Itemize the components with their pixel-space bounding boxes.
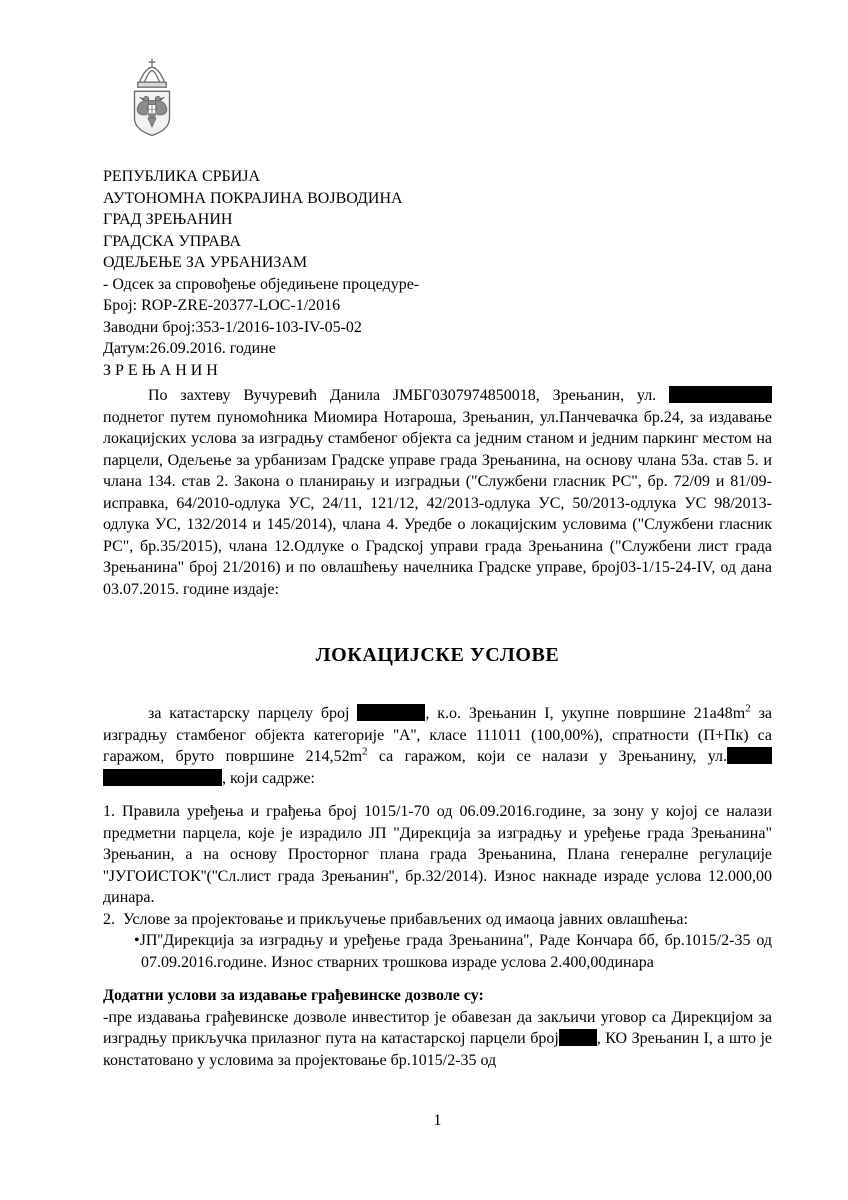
document-title: ЛОКАЦИЈСКЕ УСЛОВЕ xyxy=(103,644,772,667)
letterhead: РЕПУБЛИКА СРБИЈА АУТОНОМНА ПОКРАЈИНА ВОЈ… xyxy=(103,166,772,381)
date-line: Датум:26.09.2016. године xyxy=(103,338,772,360)
redaction-box xyxy=(727,747,772,764)
redaction-box xyxy=(559,1029,597,1046)
bullet-item: •ЈП''Дирекција за изградњу и уређење гра… xyxy=(103,930,772,973)
parcel-text: , који садрже: xyxy=(222,770,315,787)
document-page: РЕПУБЛИКА СРБИЈА АУТОНОМНА ПОКРАЈИНА ВОЈ… xyxy=(0,0,848,1200)
letterhead-line: ОДЕЉЕЊЕ ЗА УРБАНИЗАМ xyxy=(103,252,772,274)
registry-number-line: Заводни број:353-1/2016-103-IV-05-02 xyxy=(103,317,772,339)
redaction-box xyxy=(357,704,425,721)
parcel-paragraph: за катастарску парцелу број , к.о. Зрења… xyxy=(103,703,772,789)
letterhead-line: ГРАД ЗРЕЊАНИН xyxy=(103,209,772,231)
page-number: 1 xyxy=(103,1112,772,1130)
case-number-line: Број: ROP-ZRE-20377-LOC-1/2016 xyxy=(103,295,772,317)
bullet-text: ЈП''Дирекција за изградњу и уређење град… xyxy=(140,932,772,971)
list-item-text: Правила уређења и грађења број 1015/1-70… xyxy=(103,803,772,906)
list-number: 2. xyxy=(103,911,115,928)
intro-paragraph: По захтеву Вучуревић Данила ЈМБГ03079748… xyxy=(103,385,772,600)
letterhead-line: ГРАДСКА УПРАВА xyxy=(103,231,772,253)
parcel-text: , к.о. Зрењанин I, укупне површине 21a48… xyxy=(425,705,745,722)
list-item-2: 2. Услове за пројектовање и прикључење п… xyxy=(103,909,772,931)
list-item-1: 1. Правила уређења и грађења број 1015/1… xyxy=(103,801,772,909)
additional-conditions-paragraph: -пре издавања грађевинске дозволе инвест… xyxy=(103,1007,772,1072)
letterhead-line: АУТОНОМНА ПОКРАЈИНА ВОЈВОДИНА xyxy=(103,188,772,210)
intro-text: По захтеву Вучуревић Данила ЈМБГ03079748… xyxy=(148,387,669,404)
redaction-box xyxy=(669,386,772,403)
letterhead-line: - Одсек за спровођење обједињене процеду… xyxy=(103,274,772,296)
city-line: З Р Е Њ А Н И Н xyxy=(103,360,772,382)
parcel-text: за катастарску парцелу број xyxy=(148,705,357,722)
document-content: РЕПУБЛИКА СРБИЈА АУТОНОМНА ПОКРАЈИНА ВОЈ… xyxy=(103,0,772,1071)
intro-text: поднетог путем пуномоћника Миомира Нотар… xyxy=(103,409,772,598)
list-item-text: Услове за пројектовање и прикључење приб… xyxy=(123,911,688,928)
additional-conditions-heading: Додатни услови за издавање грађевинске д… xyxy=(103,985,772,1007)
list-number: 1. xyxy=(103,803,115,820)
redaction-box xyxy=(103,769,222,786)
letterhead-line: РЕПУБЛИКА СРБИЈА xyxy=(103,166,772,188)
parcel-text: са гаражом, који се налази у Зрењанину, … xyxy=(368,748,727,765)
